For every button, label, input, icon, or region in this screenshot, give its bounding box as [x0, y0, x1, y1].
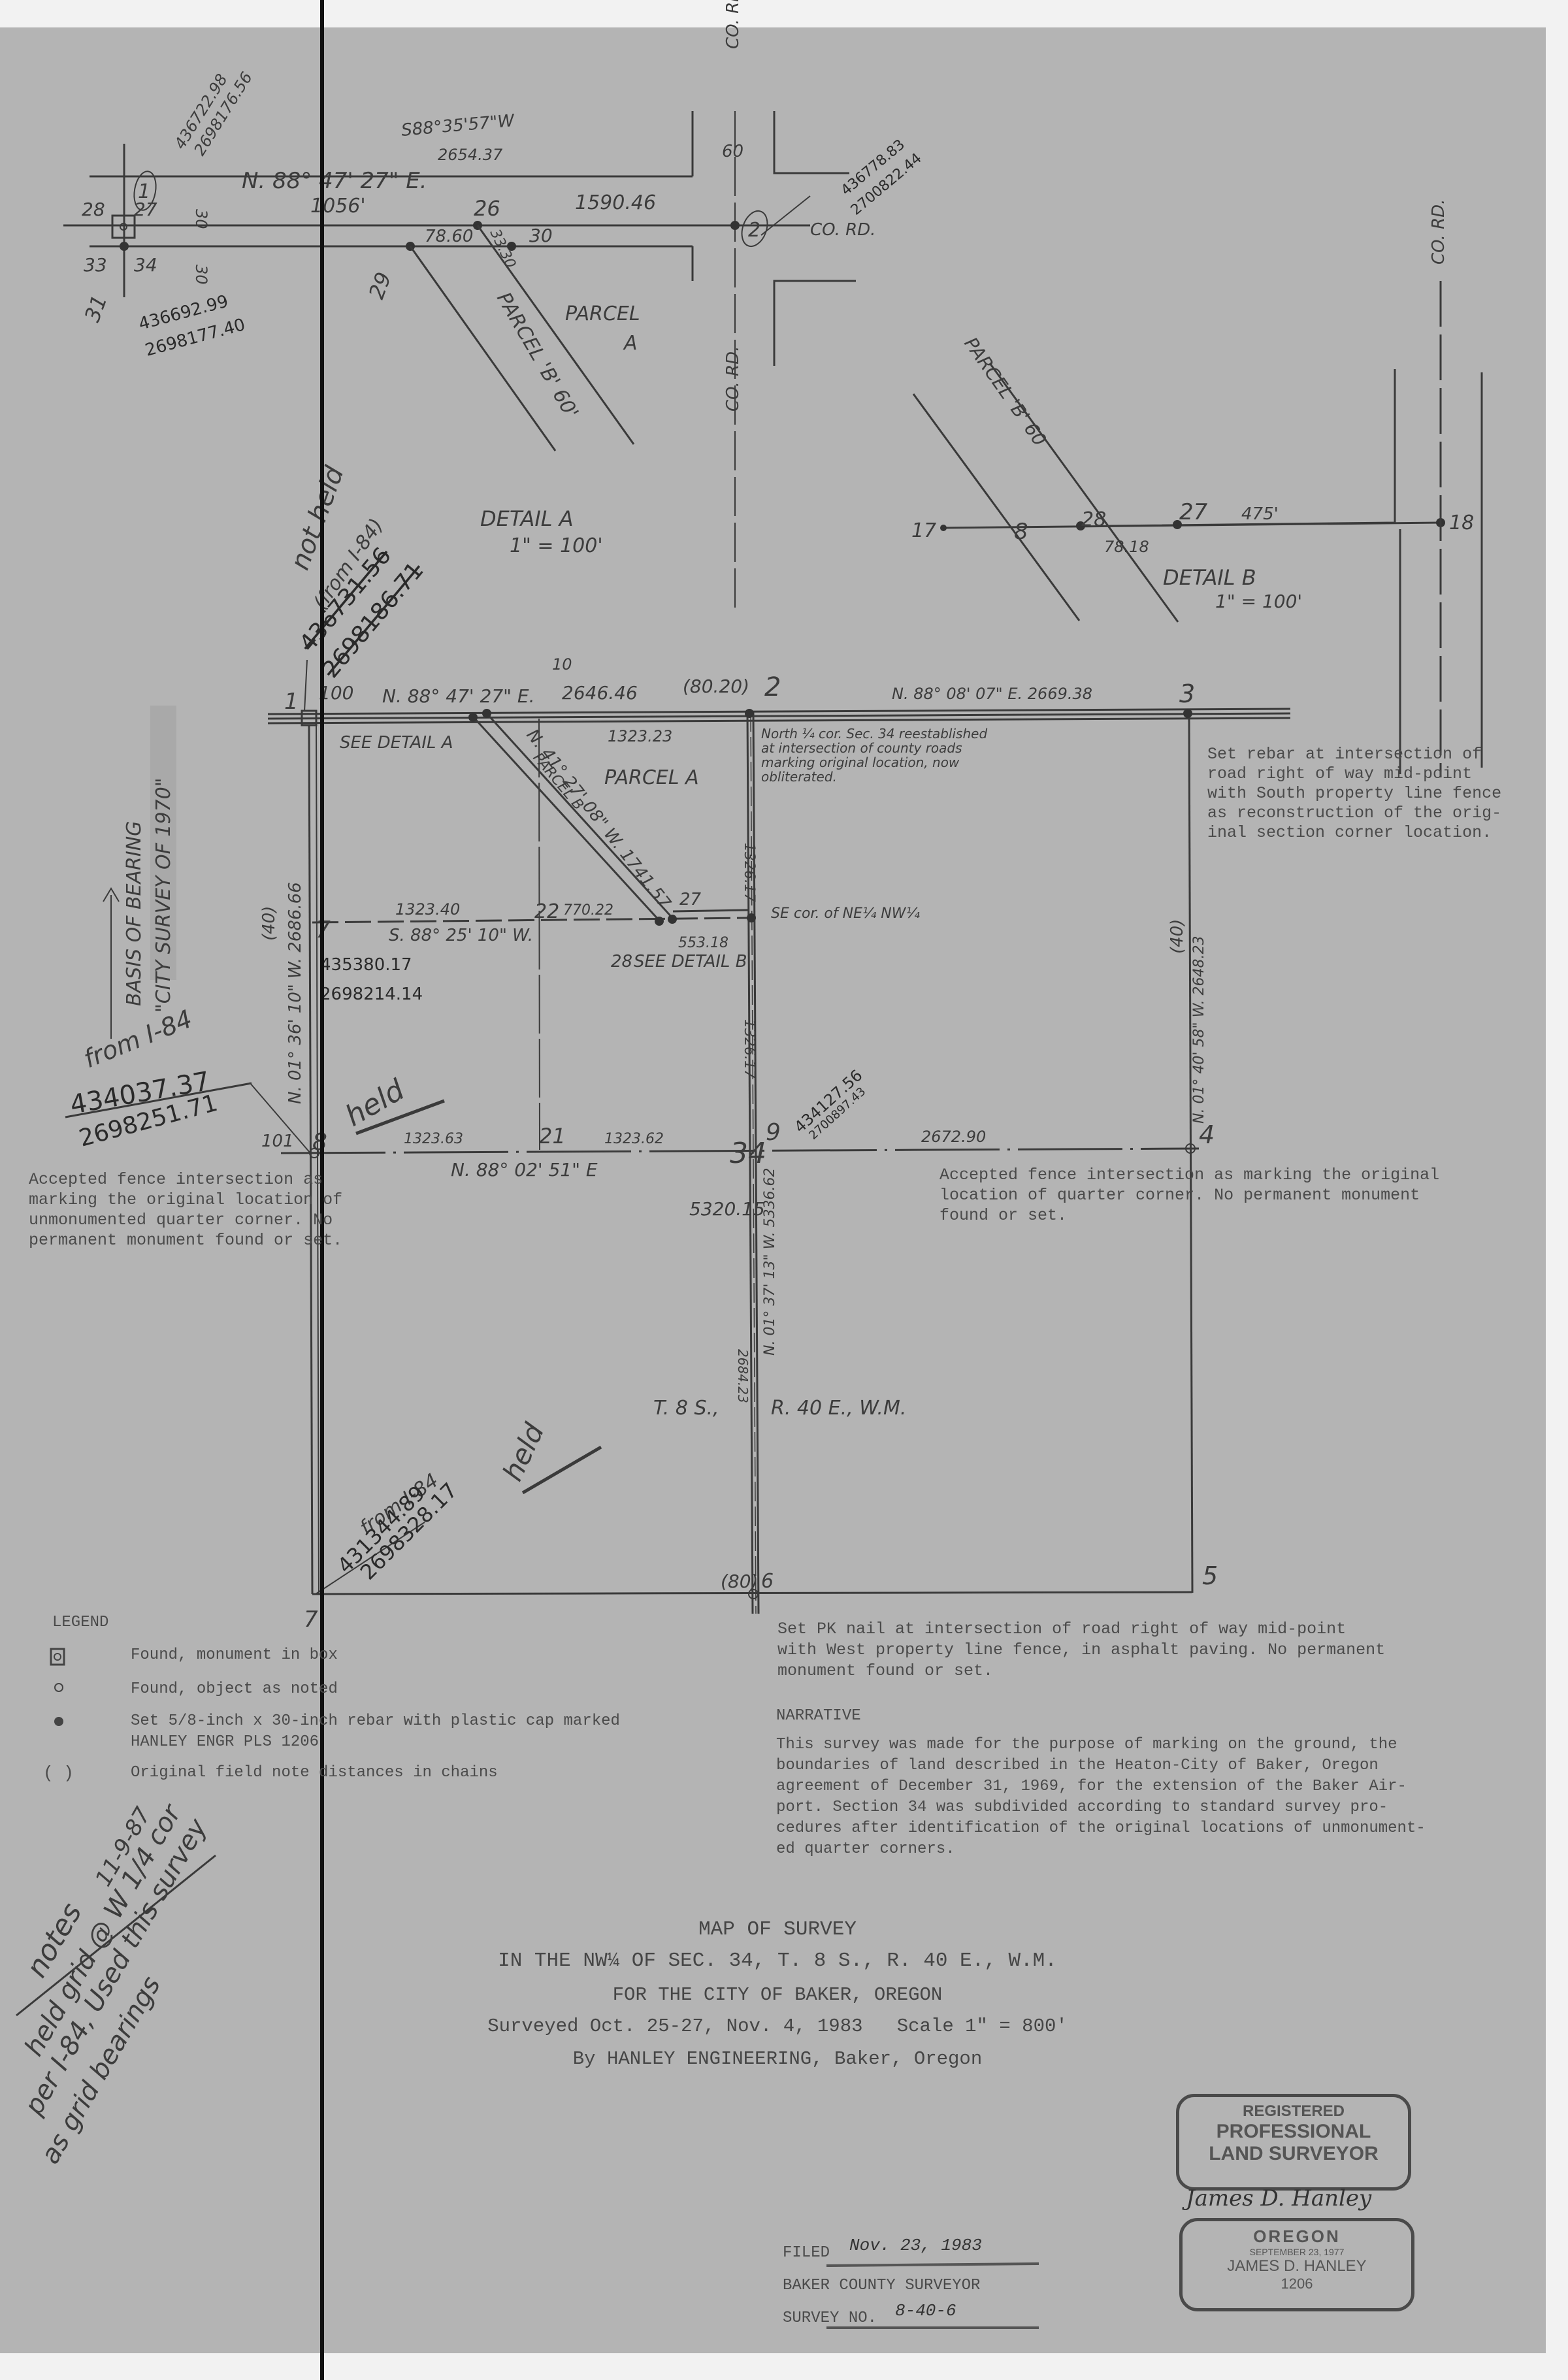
legend-item-rebar: Set 5/8-inch x 30-inch rebar with plasti…: [131, 1711, 620, 1753]
section-27: 27: [134, 199, 157, 220]
point-26-label: 26: [474, 196, 500, 221]
mid-dist-1323-40: 1323.40: [395, 900, 460, 919]
main-point-21: 21: [539, 1124, 566, 1149]
west-fence-note: Accepted fence intersection as marking t…: [29, 1169, 342, 1250]
main-point-7-south: 7: [304, 1606, 318, 1633]
basis-of-bearing-label: BASIS OF BEARING: [123, 821, 146, 1006]
main-point-1: 1: [284, 689, 299, 715]
survey-no-value: 8-40-6: [895, 2298, 956, 2323]
main-point-4: 4: [1199, 1120, 1215, 1149]
north-bearing-west: N. 88° 47' 27" E.: [382, 685, 535, 707]
held-note-1: held: [340, 1073, 411, 1133]
section-33: 33: [84, 254, 107, 276]
main-point-2: 2: [764, 672, 781, 702]
coord-pt7-north: 435380.17: [320, 955, 412, 975]
map-title: MAP OF SURVEY: [418, 1914, 1137, 1946]
map-subtitle: IN THE NW¼ OF SEC. 34, T. 8 S., R. 40 E.…: [418, 1946, 1137, 1977]
road-width-north: 30: [192, 209, 210, 229]
center-dist-upper: 1326.17: [741, 843, 757, 902]
center-dist-lower-2684: 2684.23: [735, 1349, 751, 1403]
open-circle-icon: [55, 1684, 63, 1691]
stamp-oregon: OREGON: [1183, 2226, 1411, 2247]
detail-b-co-rd: CO. RD.: [1429, 199, 1448, 265]
coord-pt7-east: 2698214.14: [320, 985, 423, 1004]
survey-dates: Surveyed Oct. 25-27, Nov. 4, 1983: [487, 2015, 862, 2037]
filled-dot-icon: [54, 1717, 63, 1726]
mid-dist-770-22: 770.22: [563, 902, 613, 919]
surveyor-signature: James D. Hanley: [1186, 2185, 1371, 2211]
point-29-label: 29: [364, 269, 397, 302]
dist-78-60: 78.60: [425, 227, 473, 246]
main-point-27: 27: [679, 890, 702, 909]
co-rd-south: CO. RD.: [723, 346, 743, 412]
se-corner-label: SE cor. of NE¼ NW¼: [771, 905, 921, 922]
bearing-main: N. 88° 47' 27" E.: [242, 168, 427, 194]
main-point-101: 101: [261, 1132, 294, 1151]
legend-item-monument: Found, monument in box: [131, 1643, 338, 1668]
detail-b-scale: 1" = 100': [1215, 591, 1302, 612]
stamp-name: JAMES D. HANLEY: [1183, 2257, 1411, 2275]
see-detail-b: SEE DETAIL B: [634, 952, 747, 971]
point-31-label: 31: [80, 291, 112, 325]
map-surveyed: Surveyed Oct. 25-27, Nov. 4, 1983 Scale …: [418, 2011, 1137, 2042]
mid-dist-553-18: 553.18: [678, 935, 728, 951]
north-chains: (80.20): [683, 676, 749, 697]
basis-of-bearing-source: "CITY SURVEY OF 1970": [152, 777, 175, 1013]
survey-no-label: SURVEY NO.: [783, 2306, 877, 2331]
main-point-34: 34: [730, 1137, 766, 1170]
stamp-registered: REGISTERED: [1179, 2102, 1408, 2121]
south-dist-1323-62: 1323.62: [604, 1131, 664, 1147]
west-chains: (40): [259, 906, 279, 941]
width-60: 60: [722, 142, 743, 161]
legend-parens-symbol: ( ): [43, 1761, 74, 1785]
bottom-chains: (80): [721, 1571, 758, 1592]
point-18-label: 18: [1449, 512, 1474, 534]
co-rd-north: CO. RD.: [723, 0, 743, 49]
set-rebar-note: Set rebar at intersection of road right …: [1207, 745, 1501, 843]
dist-1323-23: 1323.23: [608, 727, 672, 745]
parcel-b-detail-label: PARCEL 'B' 60: [960, 333, 1051, 450]
point-2-label: 2: [748, 219, 760, 242]
county-surveyor-label: BAKER COUNTY SURVEYOR: [783, 2274, 980, 2298]
center-bearing: N. 01° 37' 13" W. 5336.62: [762, 1168, 778, 1356]
filed-date: Nov. 23, 1983: [849, 2233, 982, 2258]
legend-item-chains: Original field note distances in chains: [131, 1761, 498, 1785]
basis-of-bearing: BASIS OF BEARING "CITY SURVEY OF 1970": [123, 777, 175, 1013]
main-point-9: 9: [766, 1119, 781, 1146]
east-bearing: N. 01° 40' 58" W. 2648.23: [1191, 936, 1207, 1124]
west-bearing: N. 01° 36' 10" W. 2686.66: [286, 882, 305, 1104]
map-scale: Scale 1" = 800': [897, 2015, 1068, 2037]
range-label: R. 40 E., W.M.: [771, 1397, 906, 1420]
parcel-a-top-letter: A: [623, 332, 638, 355]
filed-label: FILED: [783, 2241, 830, 2266]
map-client: FOR THE CITY OF BAKER, OREGON: [418, 1980, 1137, 2011]
dist-1056: 1056': [310, 195, 366, 218]
dist-1590: 1590.46: [575, 191, 656, 214]
narrative-text: This survey was made for the purpose of …: [776, 1735, 1426, 1860]
point-30-label: 30: [529, 225, 553, 246]
dist-475: 475': [1241, 504, 1279, 524]
stamp-license-number: 1206: [1183, 2275, 1411, 2292]
north-dist-west: 2646.46: [562, 682, 638, 704]
detail-a-scale: 1" = 100': [510, 534, 603, 557]
main-point-100: 100: [319, 682, 353, 704]
center-dist-5320-15: 5320.15: [689, 1198, 765, 1220]
section-34: 34: [134, 254, 157, 276]
from-i84-note-b: from I-84: [80, 1004, 196, 1073]
legend-item-object: Found, object as noted: [131, 1677, 338, 1702]
mid-bearing: S. 88° 25' 10" W.: [389, 926, 533, 945]
stamp-land-surveyor: LAND SURVEYOR: [1179, 2143, 1408, 2165]
road-width-south: 30: [192, 265, 210, 285]
south-dist-1323-63: 1323.63: [404, 1131, 463, 1147]
main-point-5: 5: [1202, 1561, 1218, 1590]
dist-78-18: 78.18: [1104, 538, 1149, 556]
pk-nail-note: Set PK nail at intersection of road righ…: [777, 1619, 1385, 1682]
top-left-labels: 1 436722.98 2698176.56 N. 88° 47' 27" E.…: [80, 0, 925, 423]
detail-b-title: DETAIL B: [1163, 565, 1256, 590]
east-fence-note: Accepted fence intersection as marking t…: [939, 1165, 1439, 1226]
main-map-labels: 1 100 10 N. 88° 47' 27" E. 2646.46 (80.2…: [259, 655, 1218, 1633]
east-chains: (40): [1168, 919, 1187, 954]
main-point-3: 3: [1179, 679, 1195, 708]
section-28: 28: [82, 199, 105, 220]
north-bearing-east: N. 88° 08' 07" E. 2669.38: [892, 685, 1092, 703]
point-27-label: 27: [1179, 499, 1208, 525]
south-dist-2672-90: 2672.90: [921, 1128, 986, 1146]
south-bearing: N. 88° 02' 51" E: [451, 1159, 598, 1181]
main-point-22: 22: [534, 900, 559, 923]
stamp-professional: PROFESSIONAL: [1179, 2121, 1408, 2143]
parcel-a-top-label: PARCEL: [565, 302, 640, 325]
registered-surveyor-stamp: REGISTERED PROFESSIONAL LAND SURVEYOR: [1176, 2094, 1411, 2191]
point-28-label: 28: [1081, 508, 1106, 531]
main-point-10: 10: [552, 655, 572, 674]
main-point-6: 6: [761, 1570, 774, 1593]
monument-box-icon: [51, 1649, 64, 1665]
co-rd-east: CO. RD.: [810, 220, 875, 240]
detail-labels: DETAIL A 1" = 100' PARCEL 'B' 60 17 8 28…: [480, 199, 1474, 612]
legend-title: LEGEND: [52, 1610, 108, 1635]
legend-symbols: [51, 1649, 64, 1726]
narrative-title: NARRATIVE: [776, 1704, 861, 1729]
dist-alt: 2654.37: [438, 146, 503, 164]
bearing-alt: S88°35'57"W: [400, 111, 516, 140]
main-point-28: 28: [611, 952, 632, 971]
parcel-a-main-label: PARCEL A: [604, 766, 699, 789]
detail-a-title: DETAIL A: [480, 506, 574, 531]
map-by: By HANLEY ENGINEERING, Baker, Oregon: [418, 2044, 1137, 2075]
township-label: T. 8 S.,: [653, 1397, 719, 1420]
diagonal-bearing: N. 41° 27' 08" W. 1741.57: [522, 726, 674, 913]
point-8-label: 8: [1014, 519, 1028, 545]
held-note-2: held: [497, 1418, 551, 1486]
point-17-label: 17: [911, 519, 936, 542]
stamp-date: SEPTEMBER 23, 1977: [1183, 2247, 1411, 2257]
north-quarter-note: North ¼ cor. Sec. 34 reestablished at in…: [761, 726, 992, 785]
center-dist-lower: 1326.17: [741, 1019, 757, 1079]
oregon-license-stamp: OREGON SEPTEMBER 23, 1977 JAMES D. HANLE…: [1179, 2218, 1414, 2311]
detail-b-drawing: [913, 281, 1482, 777]
see-detail-a: SEE DETAIL A: [340, 733, 453, 753]
